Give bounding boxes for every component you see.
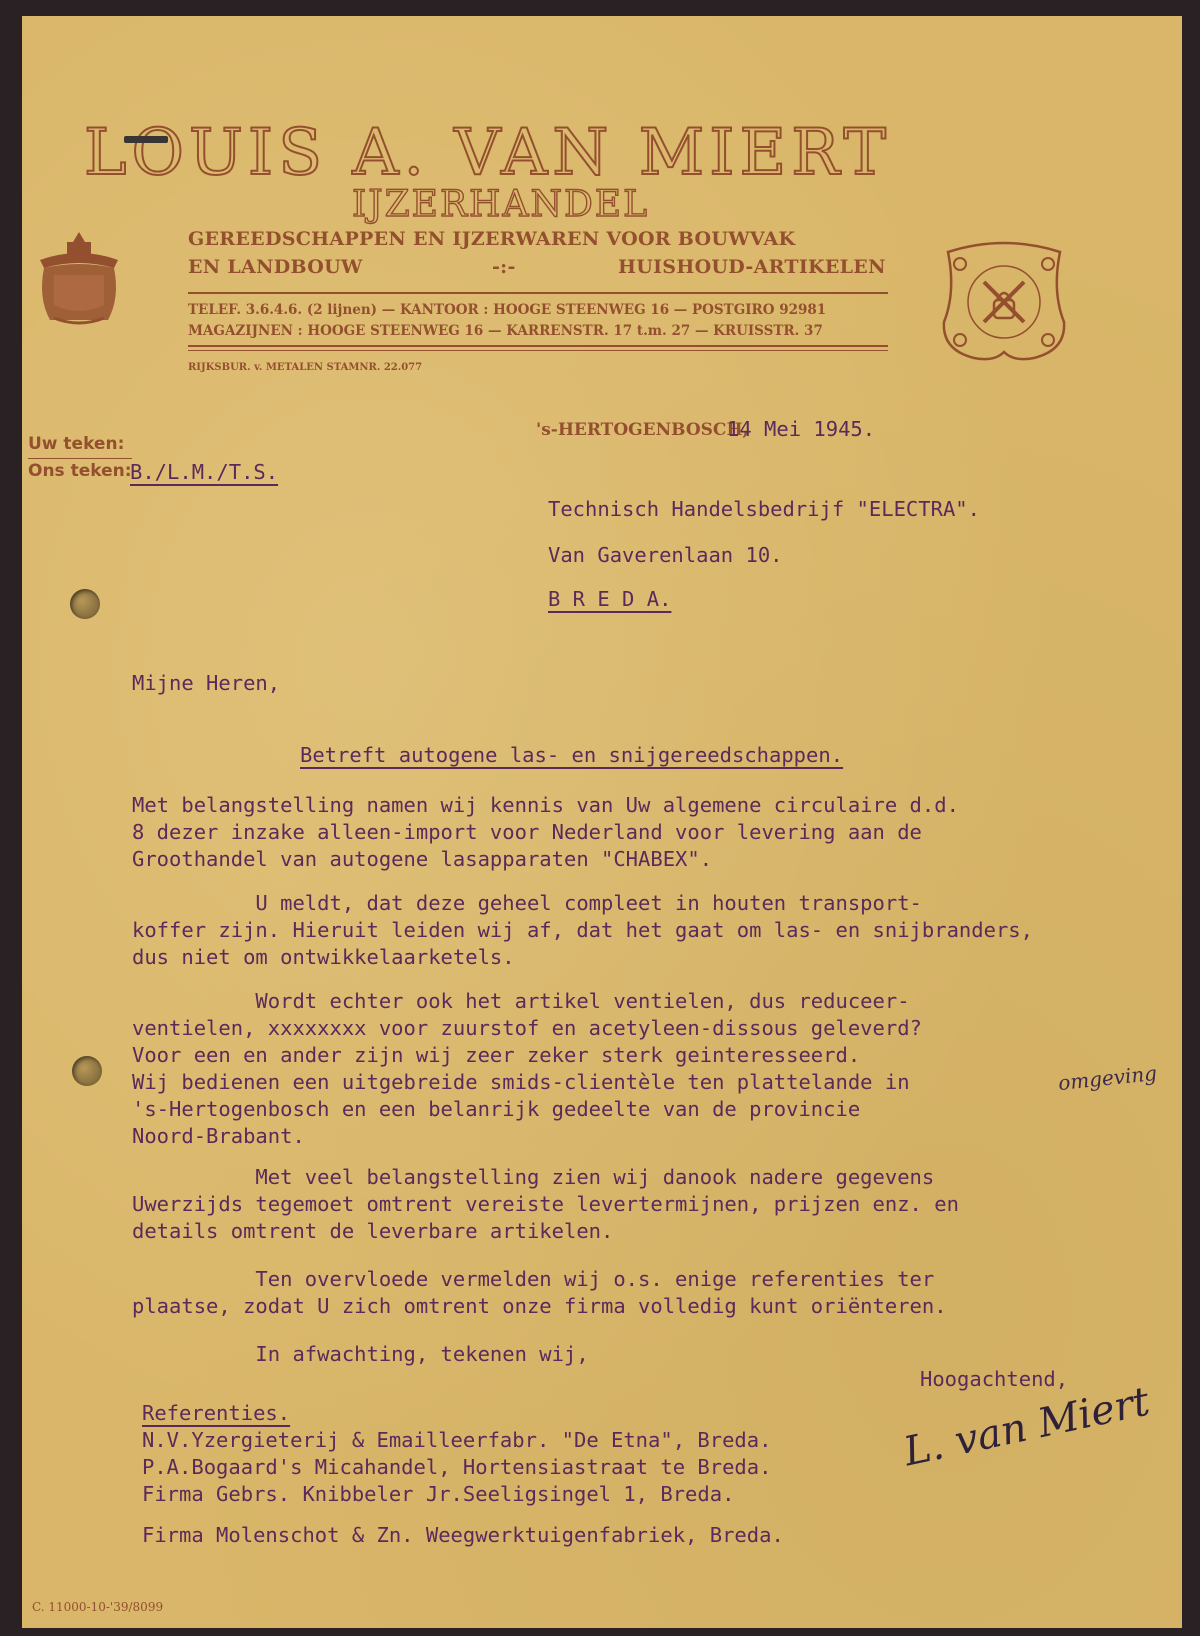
body-line: 8 dezer inzake alleen-import voor Nederl… xyxy=(132,819,959,846)
body-paragraph-1: Met belangstelling namen wij kennis van … xyxy=(132,792,959,873)
tagline-line-2-left: EN LANDBOUW xyxy=(188,256,363,278)
dateline-date: 14 Mei 1945. xyxy=(727,416,875,443)
closing: Hoogachtend, xyxy=(920,1366,1068,1393)
staple-mark xyxy=(124,136,168,143)
body-paragraph-5: Ten overvloede vermelden wij o.s. enige … xyxy=(132,1266,947,1320)
reference-item: Firma Molenschot & Zn. Weegwerktuigenfab… xyxy=(142,1522,784,1549)
body-line: details omtrent de leverbare artikelen. xyxy=(132,1218,959,1245)
body-line: U meldt, dat deze geheel compleet in hou… xyxy=(132,890,1033,917)
body-line: 's-Hertogenbosch en een belanrijk gedeel… xyxy=(132,1096,922,1123)
subject-line: Betreft autogene las- en snijgereedschap… xyxy=(300,742,843,769)
reference-item: Firma Gebrs. Knibbeler Jr.Seeligsingel 1… xyxy=(142,1481,784,1508)
punch-hole-bottom xyxy=(72,1056,102,1086)
recipient-city: B R E D A. xyxy=(548,586,671,613)
references-list: Referenties. N.V.Yzergieterij & Emaillee… xyxy=(142,1400,784,1549)
recipient-name: Technisch Handelsbedrijf "ELECTRA". xyxy=(548,496,980,523)
body-line: Met belangstelling namen wij kennis van … xyxy=(132,792,959,819)
letter-page: LOUIS A. VAN MIERT IJZERHANDEL GEREEDSCH… xyxy=(22,16,1182,1628)
body-line: plaatse, zodat U zich omtrent onze firma… xyxy=(132,1293,947,1320)
punch-hole-top xyxy=(70,589,100,619)
tagline-separator: -:- xyxy=(492,256,516,278)
body-paragraph-3: Wordt echter ook het artikel ventielen, … xyxy=(132,988,922,1150)
guild-shield-emblem-icon xyxy=(940,238,1068,366)
body-paragraph-4: Met veel belangstelling zien wij danook … xyxy=(132,1164,959,1245)
ons-teken-label: Ons teken: xyxy=(28,461,132,481)
contact-line-1: TELEF. 3.6.4.6. (2 lijnen) — KANTOOR : H… xyxy=(188,302,826,318)
uw-teken-label: Uw teken: xyxy=(28,434,124,454)
body-line: koffer zijn. Hieruit leiden wij af, dat … xyxy=(132,917,1033,944)
contact-line-2: MAGAZIJNEN : HOOGE STEENWEG 16 — KARRENS… xyxy=(188,323,823,339)
teken-divider xyxy=(28,458,132,459)
body-paragraph-6: In afwachting, tekenen wij, xyxy=(132,1341,589,1368)
body-line: Met veel belangstelling zien wij danook … xyxy=(132,1164,959,1191)
reference-item: P.A.Bogaard's Micahandel, Hortensiastraa… xyxy=(142,1454,784,1481)
body-line: dus niet om ontwikkelaarketels. xyxy=(132,944,1033,971)
recipient-street: Van Gaverenlaan 10. xyxy=(548,542,783,569)
body-line: Groothandel van autogene lasapparaten "C… xyxy=(132,846,959,873)
body-line: Ten overvloede vermelden wij o.s. enige … xyxy=(132,1266,947,1293)
body-line: Wij bedienen een uitgebreide smids-clien… xyxy=(132,1069,922,1096)
tagline-line-1: GEREEDSCHAPPEN EN IJZERWAREN VOOR BOUWVA… xyxy=(188,228,795,250)
tagline-line-2-right: HUISHOUD-ARTIKELEN xyxy=(618,256,886,278)
reference-item: N.V.Yzergieterij & Emailleerfabr. "De Et… xyxy=(142,1427,784,1454)
registration-number: RIJKSBUR. v. METALEN STAMNR. 22.077 xyxy=(188,362,422,373)
body-line: Noord-Brabant. xyxy=(132,1123,922,1150)
company-name: LOUIS A. VAN MIERT xyxy=(84,116,891,190)
letterhead-rule-bottom-1 xyxy=(188,345,888,347)
body-line: ventielen, xxxxxxxx voor zuurstof en ace… xyxy=(132,1015,922,1042)
ons-teken-value: B./L.M./T.S. xyxy=(130,459,278,486)
letterhead-rule-bottom-2 xyxy=(188,350,888,351)
body-paragraph-2: U meldt, dat deze geheel compleet in hou… xyxy=(132,890,1033,971)
dateline-place: 's-HERTOGENBOSCH, xyxy=(536,420,748,440)
trade-title: IJZERHANDEL xyxy=(352,184,649,225)
salutation: Mijne Heren, xyxy=(132,670,280,697)
body-line: Voor een en ander zijn wij zeer zeker st… xyxy=(132,1042,922,1069)
handwritten-insert: omgeving xyxy=(1057,1061,1158,1095)
body-line: Wordt echter ook het artikel ventielen, … xyxy=(132,988,922,1015)
signature: L. van Miert xyxy=(900,1379,1154,1476)
references-heading: Referenties. xyxy=(142,1400,784,1427)
print-code: C. 11000-10-'39/8099 xyxy=(32,1600,163,1614)
letterhead-rule-top xyxy=(188,292,888,294)
body-line: Uwerzijds tegemoet omtrent vereiste leve… xyxy=(132,1191,959,1218)
royal-coat-of-arms-icon xyxy=(34,230,124,330)
